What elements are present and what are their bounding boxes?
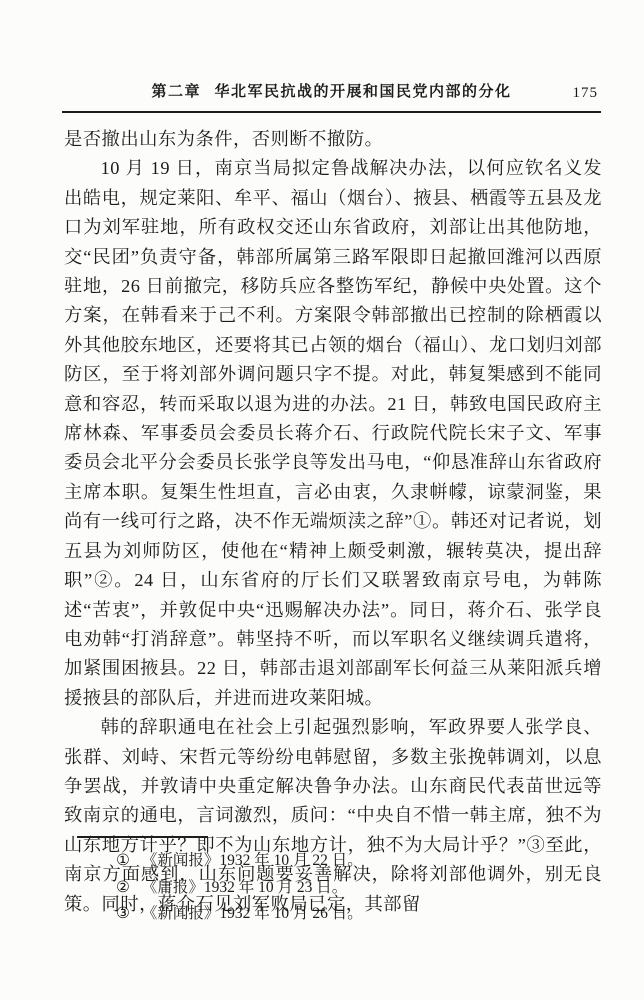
footnote: ③ 《新闻报》1932 年 10 月 26 日。 [116, 901, 363, 928]
chapter-title: 华北军民抗战的开展和国民党内部的分化 [215, 83, 512, 100]
footnote: ② 《庸报》1932 年 10 月 23 日。 [116, 875, 363, 902]
footnote: ① 《新闻报》1932 年 10 月 22 日。 [116, 848, 363, 875]
footnote-marker: ② [116, 875, 130, 902]
footnote-marker: ③ [116, 901, 130, 928]
book-page: 第二章华北军民抗战的开展和国民党内部的分化 175 是否撤出山东为条件，否则断不… [0, 0, 644, 1000]
running-head: 第二章华北军民抗战的开展和国民党内部的分化 [63, 82, 600, 102]
body-text: 是否撤出山东为条件，否则断不撤防。 10 月 19 日，南京当局拟定鲁战解决办法… [64, 125, 602, 919]
footnote-text: 《新闻报》1932 年 10 月 22 日。 [142, 848, 363, 875]
footnote-text: 《新闻报》1932 年 10 月 26 日。 [142, 901, 363, 928]
page-number: 175 [573, 84, 599, 102]
footnotes: ① 《新闻报》1932 年 10 月 22 日。 ② 《庸报》1932 年 10… [116, 848, 363, 928]
footnote-separator [77, 836, 208, 838]
chapter-number: 第二章 [151, 83, 201, 100]
paragraph: 10 月 19 日，南京当局拟定鲁战解决办法，以何应钦名义发出皓电，规定莱阳、牟… [64, 154, 602, 713]
footnote-marker: ① [116, 848, 130, 875]
header-rule [62, 111, 601, 113]
footnote-text: 《庸报》1932 年 10 月 23 日。 [142, 875, 347, 902]
paragraph-continuation: 是否撤出山东为条件，否则断不撤防。 [64, 125, 602, 154]
